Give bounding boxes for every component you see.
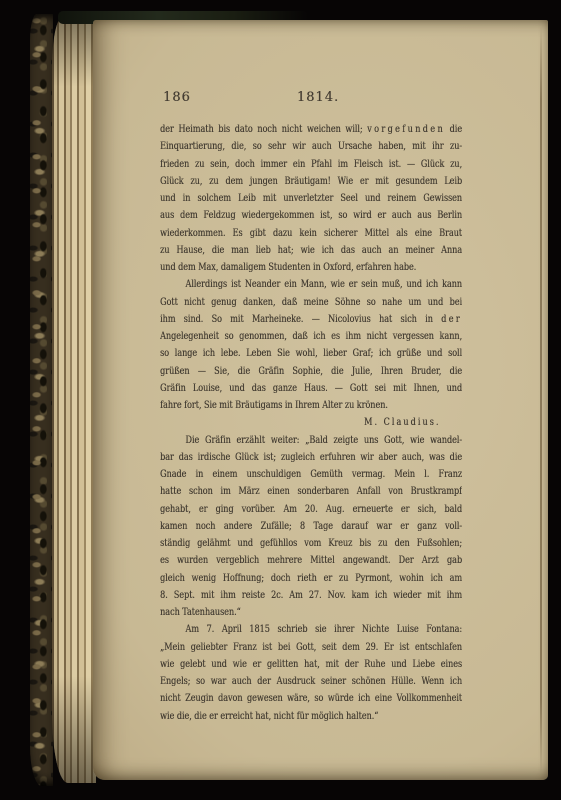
text-line: Gräfin Louise, und das ganze Haus. — Got… <box>160 380 462 397</box>
text-line: wie die, die er erreicht hat, nicht für … <box>160 708 462 725</box>
paragraph: Die Gräfin erzählt weiter: „Bald zeigte … <box>160 432 462 622</box>
text-line: ihm sind. So mit Marheineke. — Nicoloviu… <box>160 311 462 328</box>
emphasized-word: der <box>441 313 462 325</box>
running-header: 186 1814. <box>160 90 462 106</box>
text-line: 8. Sept. mit ihm reiste 2c. Am 27. Nov. … <box>160 587 462 604</box>
running-head-year: 1814. <box>160 90 476 105</box>
text-segment: ihm sind. So mit Marheineke. — Nicoloviu… <box>160 313 441 325</box>
text-segment: der Heimath bis dato noch nicht weichen … <box>160 123 367 135</box>
emphasized-word: vorgefunden <box>367 123 445 135</box>
signature-line: M. Claudius. <box>160 414 462 431</box>
paragraph: Am 7. April 1815 schrieb sie ihrer Nicht… <box>160 621 462 725</box>
text-line: und in solchem Leib mit unverletzter See… <box>160 190 462 207</box>
text-line: ständig gelähmt und gefühllos vom Kreuz … <box>160 535 462 552</box>
text-line: Gnade in einem unschuldigen Gemüth verma… <box>160 466 462 483</box>
text-line: Gott nicht genug danken, daß meine Söhne… <box>160 294 462 311</box>
text-line: gleich wenig Hoffnung; doch rieth er zu … <box>160 570 462 587</box>
text-line: nach Tatenhausen.“ <box>160 604 462 621</box>
text-line: Angelegenheit so genommen, daß ich es ih… <box>160 328 462 345</box>
paragraph: der Heimath bis dato noch nicht weichen … <box>160 121 462 276</box>
book-marbled-fore-edge <box>30 14 53 786</box>
text-line: so lange ich lebe. Leben Sie wohl, liebe… <box>160 345 462 362</box>
text-line: kamen noch andere Zufälle; 8 Tage darauf… <box>160 518 462 535</box>
text-line: hatte schon im März einen sonderbaren An… <box>160 483 462 500</box>
page-gutter-crease <box>540 26 542 774</box>
text-line: es wurden vergeblich mehrere Mittel ange… <box>160 552 462 569</box>
text-segment: die <box>445 123 462 135</box>
body-text: der Heimath bis dato noch nicht weichen … <box>160 121 462 725</box>
text-line: frieden zu sein, doch immer ein Pfahl im… <box>160 156 462 173</box>
text-line: fahre fort, Sie mit Bräutigams in Ihrem … <box>160 397 462 414</box>
text-line: „Mein geliebter Franz ist bei Gott, seit… <box>160 639 462 656</box>
text-line: grüßen — Sie, die Gräfin Sophie, die Jul… <box>160 363 462 380</box>
text-line: Am 7. April 1815 schrieb sie ihrer Nicht… <box>160 621 462 638</box>
text-line: gehabt, er ging vorüber. Am 20. Aug. ern… <box>160 501 462 518</box>
text-line: aus dem Feldzug wiedergekommen ist, so w… <box>160 207 462 224</box>
text-line: zu Hause, die man lieb hat; wie ich das … <box>160 242 462 259</box>
text-line: der Heimath bis dato noch nicht weichen … <box>160 121 462 138</box>
text-line: bar das irdische Glück ist; zugleich erf… <box>160 449 462 466</box>
text-line: Engels; so war auch der Ausdruck seiner … <box>160 673 462 690</box>
text-line: Die Gräfin erzählt weiter: „Bald zeigte … <box>160 432 462 449</box>
page-stack-edge <box>52 18 96 783</box>
text-line: wie gelebt und wie er gelitten hat, mit … <box>160 656 462 673</box>
text-line: Glück zu, zu dem jungen Bräutigam! Wie e… <box>160 173 462 190</box>
text-line: nicht Zeugin davon gewesen wäre, so würd… <box>160 690 462 707</box>
paragraph: Allerdings ist Neander ein Mann, wie er … <box>160 276 462 414</box>
text-line: Einquartierung, die, so sehr wir auch Ur… <box>160 138 462 155</box>
text-line: wiederkommen. Es gibt dazu kein sicherer… <box>160 225 462 242</box>
text-line: und dem Max, damaligem Studenten in Oxfo… <box>160 259 462 276</box>
text-line: Allerdings ist Neander ein Mann, wie er … <box>160 276 462 293</box>
